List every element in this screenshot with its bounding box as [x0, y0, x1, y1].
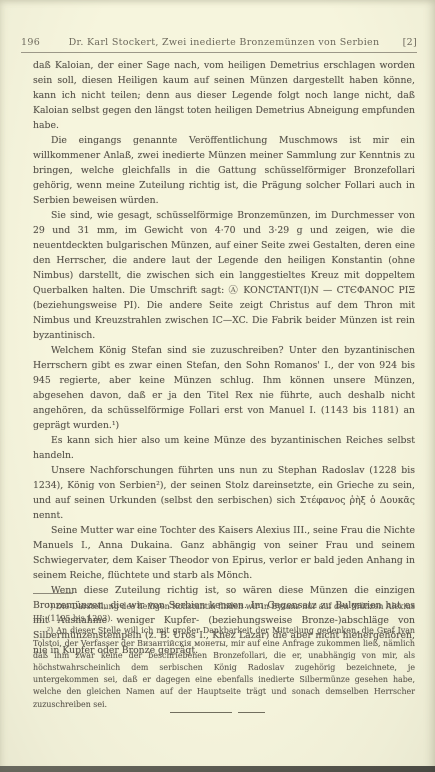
page-header: 196 Dr. Karl Stockert, Zwei inedierte Br… — [21, 37, 417, 48]
end-rule-segment-long — [170, 712, 232, 713]
end-rule-segment-short — [238, 712, 265, 713]
scan-bottom-edge — [0, 766, 435, 772]
paragraph: Welchem König Stefan sind sie zuzuschrei… — [33, 343, 415, 433]
paragraph: daß Kaloian, der einer Sage nach, vom he… — [33, 58, 415, 133]
paragraph: Unsere Nachforschungen führten uns nun z… — [33, 463, 415, 523]
running-title: Dr. Karl Stockert, Zwei inedierte Bronze… — [61, 37, 387, 48]
sheet-mark: [2] — [387, 37, 417, 48]
paragraph: Die eingangs genannte Veröffentlichung M… — [33, 133, 415, 208]
scanned-page: 196 Dr. Karl Stockert, Zwei inedierte Br… — [0, 0, 435, 772]
paragraph: Es kann sich hier also um keine Münze de… — [33, 433, 415, 463]
page-number: 196 — [21, 37, 61, 48]
end-rule — [0, 712, 435, 713]
footnote: ¹) Die Darstellung des heiligen Konstant… — [33, 601, 415, 625]
paragraph: Sie sind, wie gesagt, schüsselförmige Br… — [33, 208, 415, 343]
article-body: daß Kaloian, der einer Sage nach, vom he… — [33, 58, 415, 658]
footnotes: ¹) Die Darstellung des heiligen Konstant… — [33, 601, 415, 711]
paragraph: Seine Mutter war eine Tochter des Kaiser… — [33, 523, 415, 583]
footnote: ²) An dieser Stelle will ich mit großer … — [33, 625, 415, 710]
footnote-separator — [33, 593, 73, 594]
header-rule — [21, 52, 417, 53]
